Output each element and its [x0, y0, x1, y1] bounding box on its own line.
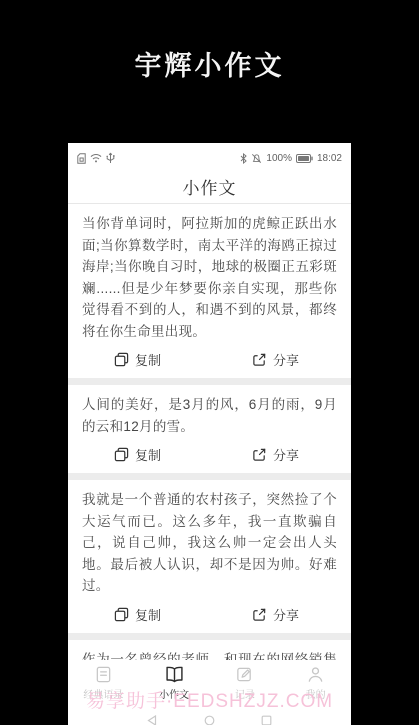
battery-percent: 100%: [266, 153, 292, 164]
copy-label: 复制: [135, 445, 161, 464]
mute-bell-icon: [251, 153, 262, 164]
battery-icon: [296, 154, 313, 163]
copy-button[interactable]: 复制: [114, 350, 161, 369]
share-label: 分享: [273, 605, 299, 624]
home-button[interactable]: [204, 713, 215, 725]
essay-card: 人间的美好，是3月的风，6月的雨，9月的云和12月的雪。 复制: [68, 385, 351, 473]
card-actions: 复制 分享: [82, 597, 337, 630]
share-icon: [252, 352, 267, 367]
bluetooth-icon: [240, 153, 247, 164]
wifi-icon: [90, 153, 102, 163]
copy-icon: [114, 447, 129, 462]
card-actions: 复制 分享: [82, 342, 337, 375]
sim-icon: [77, 153, 86, 164]
essay-card: 我就是一个普通的农村孩子，突然捡了个大运气而已。这么多年，我一直欺骗自己，说自己…: [68, 480, 351, 633]
essay-text: 当你背单词时，阿拉斯加的虎鲸正跃出水面;当你算数学时，南太平洋的海鸥正掠过海岸;…: [82, 213, 337, 342]
share-button[interactable]: 分享: [252, 350, 299, 369]
copy-icon: [114, 607, 129, 622]
tab-label: 记录: [235, 686, 255, 701]
profile-icon: [306, 665, 325, 684]
tab-records[interactable]: 记录: [210, 660, 281, 705]
share-icon: [252, 607, 267, 622]
status-right-icons: 100% 18:02: [240, 153, 342, 164]
card-list[interactable]: 当你背单词时，阿拉斯加的虎鲸正跃出水面;当你算数学时，南太平洋的海鸥正掠过海岸;…: [68, 204, 351, 725]
share-button[interactable]: 分享: [252, 445, 299, 464]
essay-card: 当你背单词时，阿拉斯加的虎鲸正跃出水面;当你算数学时，南太平洋的海鸥正掠过海岸;…: [68, 204, 351, 378]
share-label: 分享: [273, 350, 299, 369]
phone-screenshot: 100% 18:02 小作文 当你背单词时，阿拉斯加的虎鲸正跃出水面;当你算数学…: [68, 143, 351, 725]
recents-button[interactable]: [261, 713, 272, 725]
share-label: 分享: [273, 445, 299, 464]
status-left-icons: [77, 152, 115, 164]
status-bar: 100% 18:02: [68, 143, 351, 169]
copy-icon: [114, 352, 129, 367]
essay-text: 人间的美好，是3月的风，6月的雨，9月的云和12月的雪。: [82, 394, 337, 437]
tab-label: 小作文: [159, 686, 189, 701]
tab-label: 经典语录: [83, 686, 123, 701]
copy-label: 复制: [135, 605, 161, 624]
back-button[interactable]: [147, 713, 158, 725]
card-actions: 复制 分享: [82, 437, 337, 470]
quotes-icon: [94, 665, 113, 684]
page-title: 宇辉小作文: [0, 44, 419, 83]
app-header-title: 小作文: [68, 169, 351, 204]
tab-bar: 经典语录 小作文 记录: [68, 660, 351, 705]
tab-classic-quotes[interactable]: 经典语录: [68, 660, 139, 705]
share-button[interactable]: 分享: [252, 605, 299, 624]
clock-time: 18:02: [317, 153, 342, 164]
record-icon: [235, 665, 254, 684]
book-icon: [164, 665, 185, 684]
android-nav-bar: [68, 705, 351, 725]
copy-label: 复制: [135, 350, 161, 369]
copy-button[interactable]: 复制: [114, 445, 161, 464]
share-icon: [252, 447, 267, 462]
usb-icon: [106, 152, 115, 164]
tab-essays[interactable]: 小作文: [139, 660, 210, 705]
tab-profile[interactable]: 我的: [280, 660, 351, 705]
copy-button[interactable]: 复制: [114, 605, 161, 624]
tab-label: 我的: [306, 686, 326, 701]
essay-text: 我就是一个普通的农村孩子，突然捡了个大运气而已。这么多年，我一直欺骗自己，说自己…: [82, 489, 337, 597]
